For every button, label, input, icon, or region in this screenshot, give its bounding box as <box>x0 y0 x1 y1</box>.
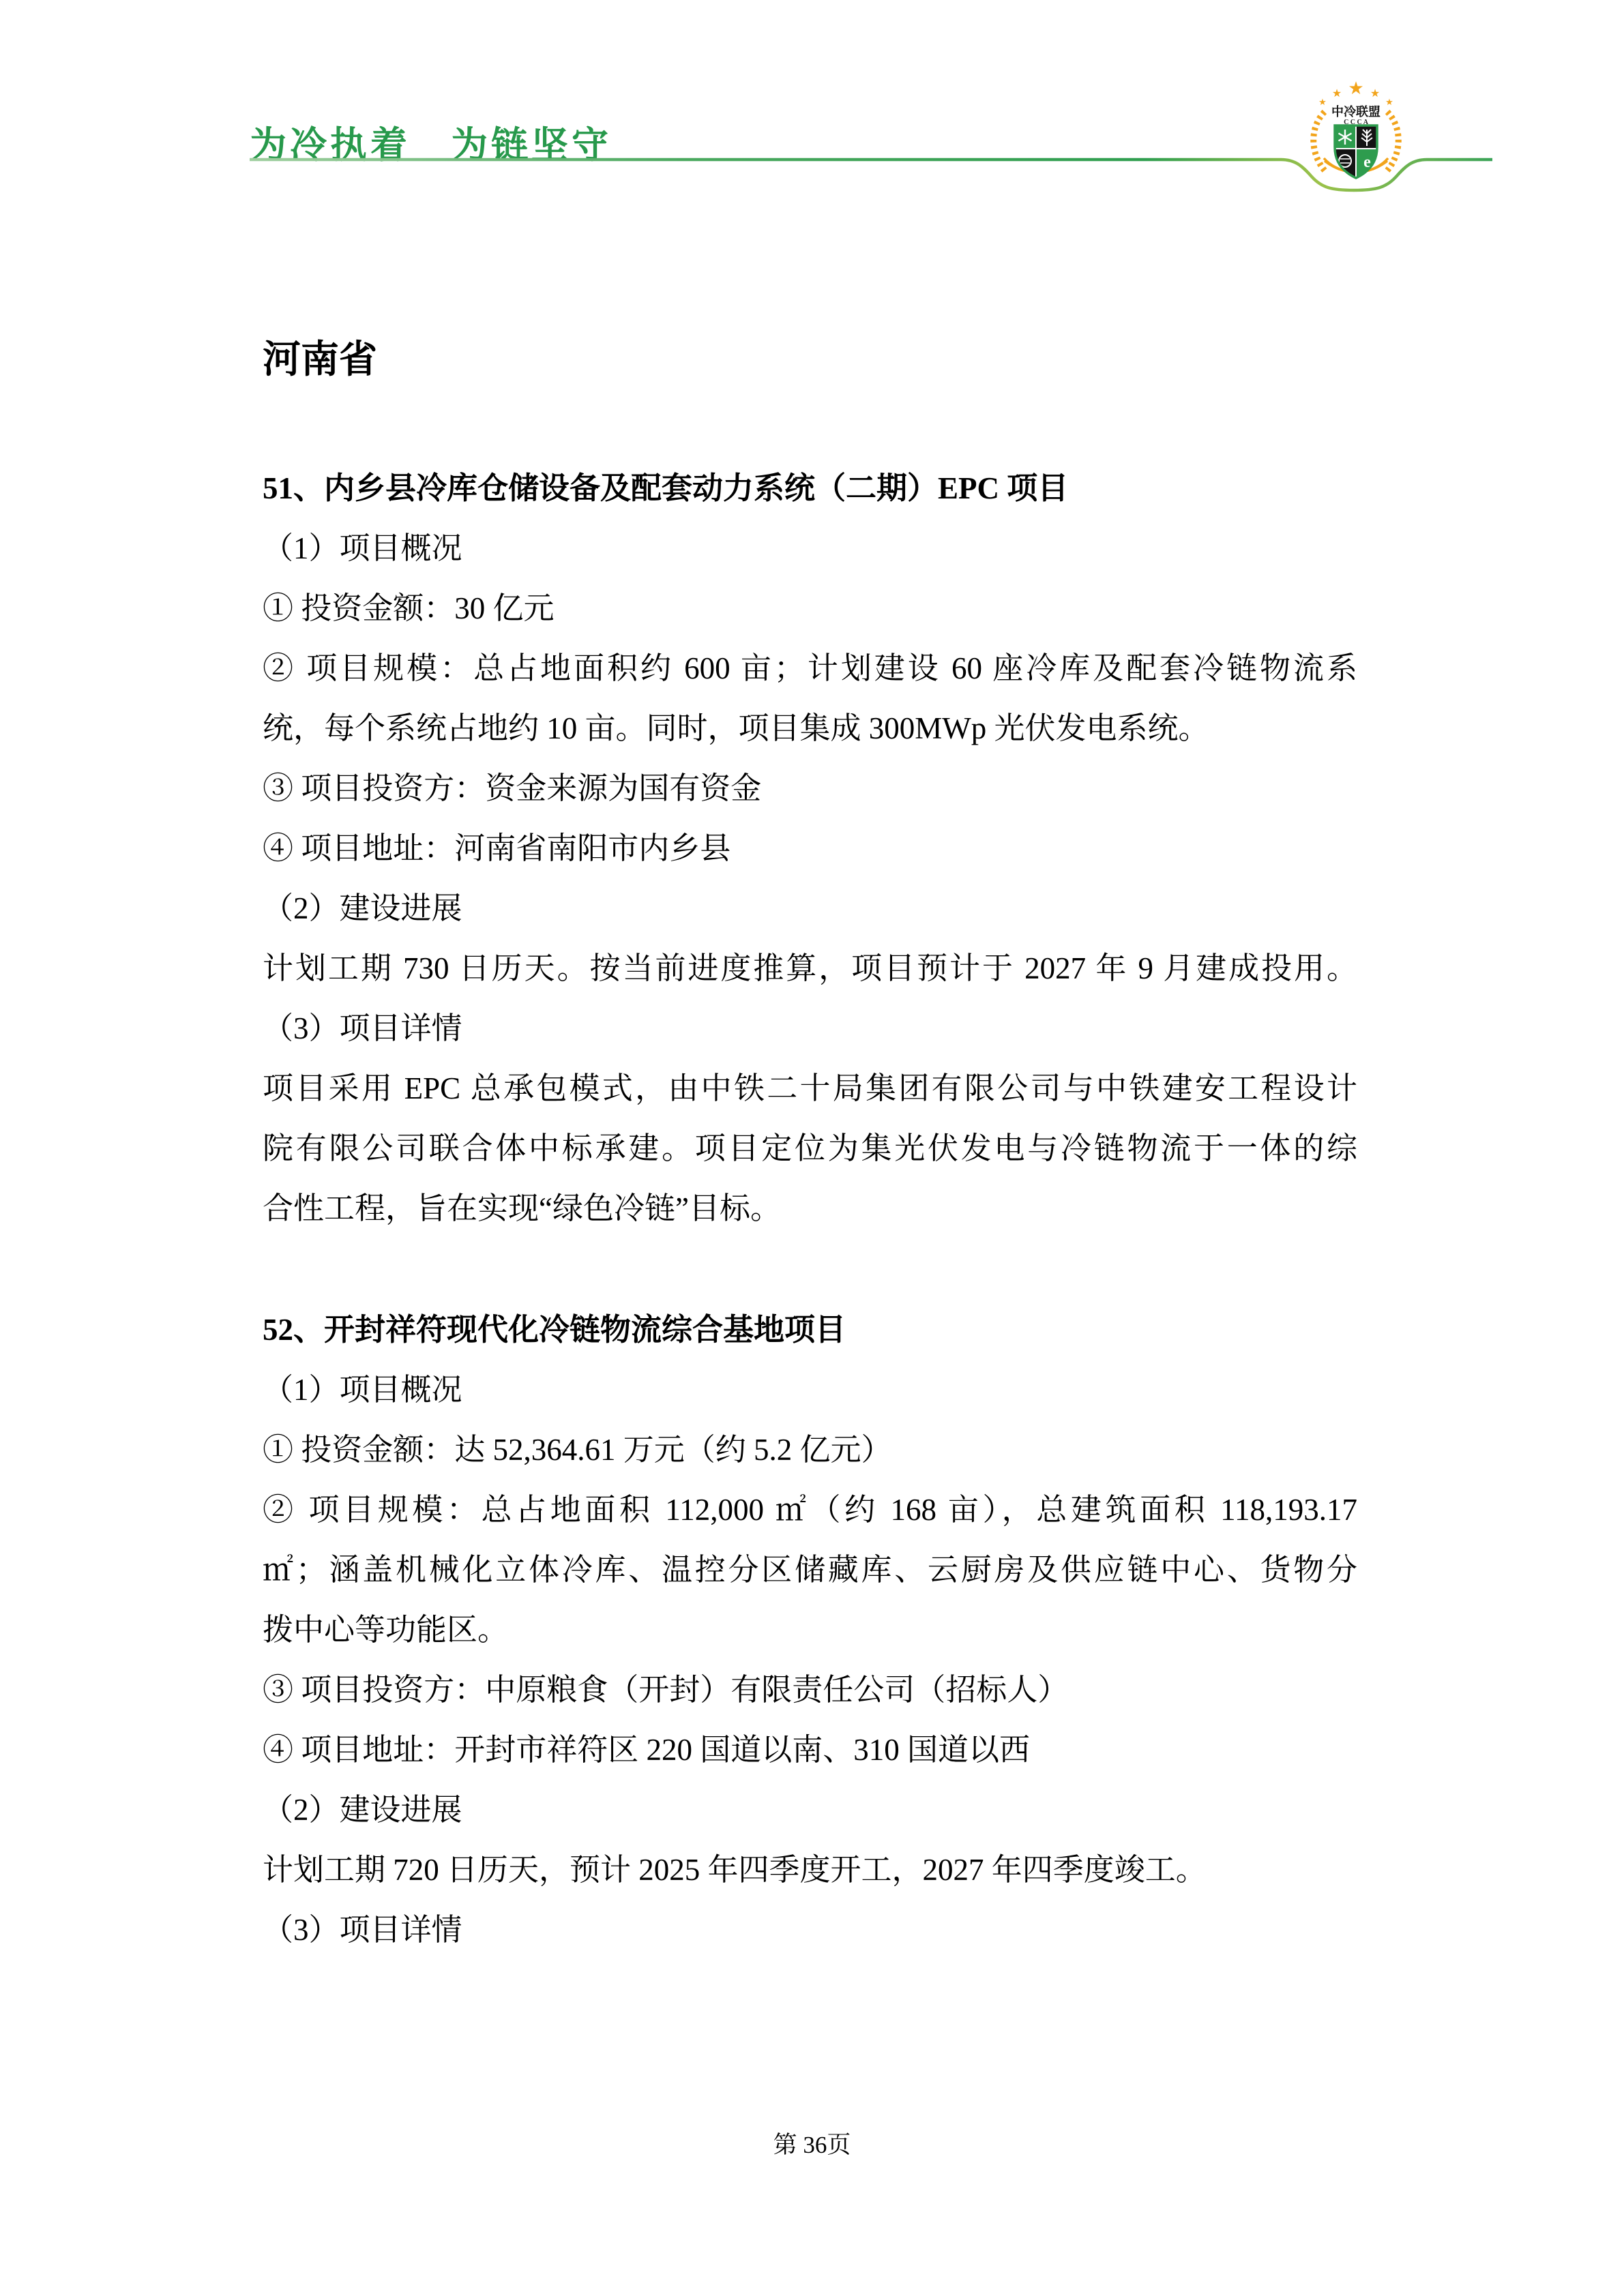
text-line: 拨中心等功能区。 <box>263 1600 1357 1660</box>
text-line: （1）项目概况 <box>263 518 1357 578</box>
text-line: ② 项目规模：总占地面积 112,000 ㎡（约 168 亩），总建筑面积 11… <box>263 1480 1357 1540</box>
text-line: ③ 项目投资方：中原粮食（开封）有限责任公司（招标人） <box>263 1660 1357 1720</box>
ccca-logo-icon: ★ ★ ★ ★ ★ 中冷联盟 C C C A <box>1301 76 1411 188</box>
text-line: 项目采用 EPC 总承包模式，由中铁二十局集团有限公司与中铁建安工程设计 <box>263 1058 1357 1118</box>
logo-star-icon: ★ <box>1370 87 1380 100</box>
province-heading: 河南省 <box>263 330 377 390</box>
document-page: 为冷执着 为链坚守 ★ ★ ★ ★ ★ <box>0 0 1624 2296</box>
text-line: （2）建设进展 <box>263 878 1357 938</box>
laurel-wreath-icon <box>1314 110 1326 170</box>
text-line: （2）建设进展 <box>263 1780 1357 1840</box>
text-line: ④ 项目地址：河南省南阳市内乡县 <box>263 818 1357 878</box>
text-line: 合性工程，旨在实现“绿色冷链”目标。 <box>263 1178 1357 1238</box>
text-line: 计划工期 730 日历天。按当前进度推算，项目预计于 2027 年 9 月建成投… <box>263 938 1357 998</box>
text-line: ① 投资金额：30 亿元 <box>263 578 1357 638</box>
text-line: （3）项目详情 <box>263 998 1357 1058</box>
text-line: （3）项目详情 <box>263 1900 1357 1960</box>
text-line: 统，每个系统占地约 10 亩。同时，项目集成 300MWp 光伏发电系统。 <box>263 698 1357 758</box>
logo-star-icon: ★ <box>1348 78 1363 99</box>
laurel-wreath-icon <box>1386 110 1398 170</box>
logo-star-icon: ★ <box>1318 98 1327 108</box>
text-line: ① 投资金额：达 52,364.61 万元（约 5.2 亿元） <box>263 1420 1357 1480</box>
logo-star-icon: ★ <box>1332 87 1342 100</box>
section-52: 52、开封祥符现代化冷链物流综合基地项目 （1）项目概况 ① 投资金额：达 52… <box>263 1300 1357 1960</box>
section-51-title: 51、内乡县冷库仓储设备及配套动力系统（二期）EPC 项目 <box>263 458 1357 518</box>
text-line: ③ 项目投资方：资金来源为国有资金 <box>263 758 1357 818</box>
text-line: ② 项目规模：总占地面积约 600 亩；计划建设 60 座冷库及配套冷链物流系 <box>263 638 1357 698</box>
section-51: 51、内乡县冷库仓储设备及配套动力系统（二期）EPC 项目 （1）项目概况 ① … <box>263 458 1357 1238</box>
text-line: ④ 项目地址：开封市祥符区 220 国道以南、310 国道以西 <box>263 1720 1357 1780</box>
text-line: （1）项目概况 <box>263 1360 1357 1420</box>
text-line: 计划工期 720 日历天，预计 2025 年四季度开工，2027 年四季度竣工。 <box>263 1840 1357 1900</box>
section-52-title: 52、开封祥符现代化冷链物流综合基地项目 <box>263 1300 1357 1360</box>
logo-star-icon: ★ <box>1385 98 1393 108</box>
text-line: ㎡；涵盖机械化立体冷库、温控分区储藏库、云厨房及供应链中心、货物分 <box>263 1540 1357 1600</box>
text-line: 院有限公司联合体中标承建。项目定位为集光伏发电与冷链物流于一体的综 <box>263 1118 1357 1178</box>
logo-org-cn: 中冷联盟 <box>1331 104 1381 119</box>
page-number: 第 36页 <box>0 2129 1624 2162</box>
